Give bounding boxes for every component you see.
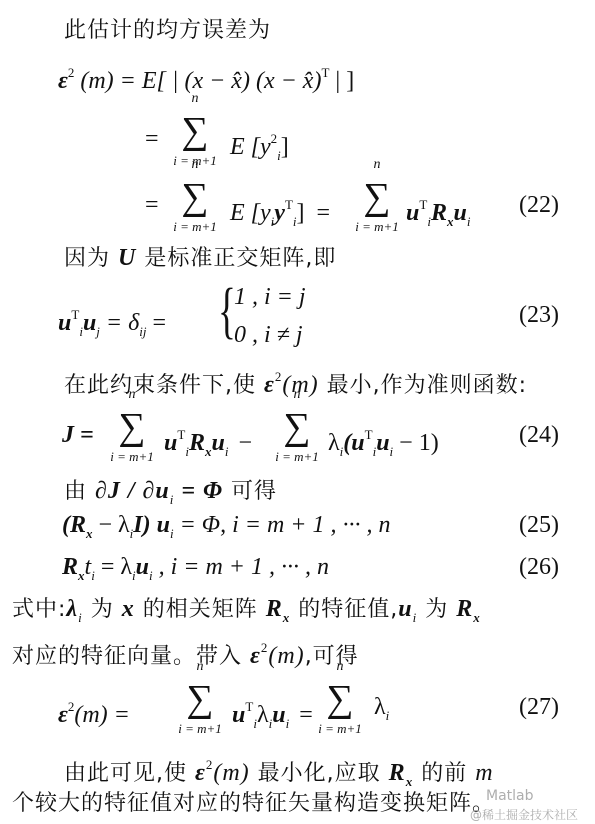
transpose-superscript: T <box>177 427 185 442</box>
vector-u: u <box>83 310 96 336</box>
text: 是标准正交矩阵,即 <box>144 246 336 271</box>
text: 式中: <box>12 597 66 622</box>
equation-22-equals: = <box>145 190 159 220</box>
equation-number-27: (27) <box>519 692 559 722</box>
summation-symbol: n ∑ i = m+1 <box>265 410 329 444</box>
argument: (m) = <box>74 702 130 728</box>
vector-u: (u <box>343 430 364 456</box>
text: 因为 <box>64 246 110 271</box>
identity-term: I) u <box>133 512 170 538</box>
equation-25: (Rx − λiI) ui = Φ, i = m + 1 , ··· , n <box>62 510 390 549</box>
rest: = Φ, i = m + 1 , ··· , n <box>174 512 391 538</box>
watermark-source: @稀土掘金技术社区 <box>470 806 578 823</box>
transpose-superscript: T <box>419 197 427 212</box>
epsilon: ε <box>58 68 68 94</box>
text: 最小化,应取 <box>258 761 381 786</box>
subscript: i <box>225 444 229 459</box>
sum-lower-limit: i = m+1 <box>265 450 329 464</box>
vector-u: u <box>164 430 177 456</box>
sum-lower-limit: i = m+1 <box>308 722 372 736</box>
criterion-j: J = <box>62 422 94 448</box>
lambda: λ <box>374 694 386 720</box>
text: 的特征值, <box>290 597 398 622</box>
sum-lower-limit: i = m+1 <box>345 220 409 234</box>
sum-upper-limit: n <box>163 92 227 106</box>
partial-derivative: ∂J / ∂u <box>95 478 170 504</box>
equation-number-23: (23) <box>519 300 559 330</box>
subscript: i <box>286 716 290 731</box>
sum-upper-limit: n <box>308 660 372 674</box>
summation-symbol: n ∑ i = m+1 <box>308 682 372 716</box>
rest: , i = m + 1 , ··· , n <box>153 554 329 580</box>
text: 由此可见,使 <box>64 761 187 786</box>
summation-symbol: n ∑ i = m+1 <box>163 114 227 148</box>
equation-27-rhs: λi <box>374 692 389 731</box>
equation-sum-expectation-y-squared: = <box>145 124 159 154</box>
quadratic-form-term: uTiRxui <box>406 190 470 237</box>
equation-26: Rxti = λiui , i = m + 1 , ··· , n <box>62 552 329 591</box>
bracket-close: ] <box>297 200 305 226</box>
matrix-r: R <box>62 554 78 580</box>
text-line-conclusion-2: 个较大的特征值对应的特征矢量构造变换矩阵。 <box>12 789 495 819</box>
equation-mse-definition: ε2 (m) = E[ | (x − x̂) (x − x̂)T | ] <box>58 58 354 96</box>
matrix-r: R <box>389 760 406 786</box>
sum-lower-limit: i = m+1 <box>168 722 232 736</box>
bracket-close: ] <box>281 134 289 160</box>
sum-upper-limit: n <box>265 388 329 402</box>
sum-lower-limit: i = m+1 <box>163 220 227 234</box>
vector-y: y <box>274 200 285 226</box>
case-text: 0 , i ≠ j <box>234 322 303 348</box>
sum-upper-limit: n <box>168 660 232 674</box>
argument: (m) <box>268 643 304 669</box>
case-1: 1 , i = j <box>234 282 306 312</box>
matrix-u: U <box>118 245 136 271</box>
lambda: λ <box>66 596 78 622</box>
vector-u: u <box>376 430 389 456</box>
vector-u: u <box>272 702 285 728</box>
subscript: i <box>467 214 471 229</box>
lambda: − λ <box>93 512 130 538</box>
term: E [y <box>230 200 271 226</box>
epsilon: ε <box>58 702 68 728</box>
equals-sign: = <box>147 310 167 336</box>
equation-24-lhs: J = <box>62 420 94 450</box>
summation-symbol: n ∑ i = m+1 <box>168 682 232 716</box>
sum-upper-limit: n <box>100 388 164 402</box>
lambda: = λ <box>95 554 132 580</box>
lambda: λ <box>328 430 340 456</box>
argument: (m) <box>80 68 113 94</box>
vector-u: u <box>58 310 71 336</box>
matrix-r: R <box>456 596 473 622</box>
epsilon: ε <box>250 643 261 669</box>
equation-23: uTiuj = δij = <box>58 300 166 347</box>
equals-sign: = <box>145 192 159 218</box>
text: 可得 <box>231 479 277 504</box>
text: 最小,作为准则函数: <box>327 373 527 398</box>
expression-end: | ] <box>329 68 354 94</box>
minus-sign: − <box>238 430 252 456</box>
epsilon: ε <box>195 760 206 786</box>
equation-number-24: (24) <box>519 420 559 450</box>
vector-x: x <box>122 596 135 622</box>
equals-sign: = <box>145 126 159 152</box>
vector-u: u <box>453 200 466 226</box>
tail: − 1) <box>393 430 439 456</box>
equation-24-term1: uTiRxui − <box>164 420 252 467</box>
text-line-orthogonal: 因为 U 是标准正交矩阵,即 <box>64 243 336 274</box>
matrix-r: (R <box>62 512 86 538</box>
subscript: ij <box>139 324 146 339</box>
equation-24-term2: λi(uTiui − 1) <box>328 420 439 467</box>
vector-u: u <box>136 554 149 580</box>
subscript: i <box>386 708 390 723</box>
case-2: 0 , i ≠ j <box>234 320 303 350</box>
phi: = Φ <box>174 478 223 504</box>
equation-22-body: E [yiyTi] = <box>230 190 330 237</box>
watermark-label: Matlab <box>486 788 534 804</box>
lambda: λ <box>257 702 269 728</box>
transpose-superscript: T <box>285 197 293 212</box>
equals-sign: = <box>317 200 331 226</box>
superscript: 2 <box>68 65 75 80</box>
vector-u: u <box>406 200 419 226</box>
expectation-term: E [y2i] <box>230 124 289 171</box>
text: 的前 <box>421 761 467 786</box>
transpose-superscript: T <box>365 427 373 442</box>
text: 的相关矩阵 <box>135 597 266 622</box>
equation-27-term: uTiλiui = <box>232 692 313 739</box>
matrix-r: R <box>189 430 205 456</box>
sum-upper-limit: n <box>345 158 409 172</box>
subscript: x <box>406 774 414 789</box>
superscript: 2 <box>271 131 278 146</box>
kronecker-delta: = δ <box>100 310 139 336</box>
vector-u: u <box>232 702 245 728</box>
matrix-r: R <box>266 596 283 622</box>
sum-upper-limit: n <box>163 158 227 172</box>
transpose-superscript: T <box>71 307 79 322</box>
equation-number-25: (25) <box>519 510 559 540</box>
text-line-where-1: 式中:λi 为 x 的相关矩阵 Rx 的特征值,ui 为 Rx <box>12 594 481 633</box>
vector-u: u <box>211 430 224 456</box>
text-line-mse-intro: 此估计的均方误差为 <box>64 16 271 46</box>
case-text: 1 , i = j <box>234 284 306 310</box>
equation-27-lhs: ε2(m) = <box>58 692 130 730</box>
equation-number-22: (22) <box>519 190 559 220</box>
text: 由 <box>64 479 87 504</box>
argument: (m) <box>213 760 249 786</box>
term: E [y <box>230 134 271 160</box>
equation-number-26: (26) <box>519 552 559 582</box>
summation-symbol: n ∑ i = m+1 <box>163 180 227 214</box>
matrix-r: R <box>431 200 447 226</box>
sum-lower-limit: i = m+1 <box>100 450 164 464</box>
variable-m: m <box>475 760 493 786</box>
subscript: x <box>473 610 481 625</box>
summation-symbol: n ∑ i = m+1 <box>100 410 164 444</box>
summation-symbol: n ∑ i = m+1 <box>345 180 409 214</box>
transpose-superscript: T <box>245 699 253 714</box>
text: 为 <box>417 597 456 622</box>
vector-u: u <box>398 596 412 622</box>
text: 为 <box>83 597 122 622</box>
expectation-expression: = E[ | (x − x̂) (x − x̂) <box>114 68 322 94</box>
